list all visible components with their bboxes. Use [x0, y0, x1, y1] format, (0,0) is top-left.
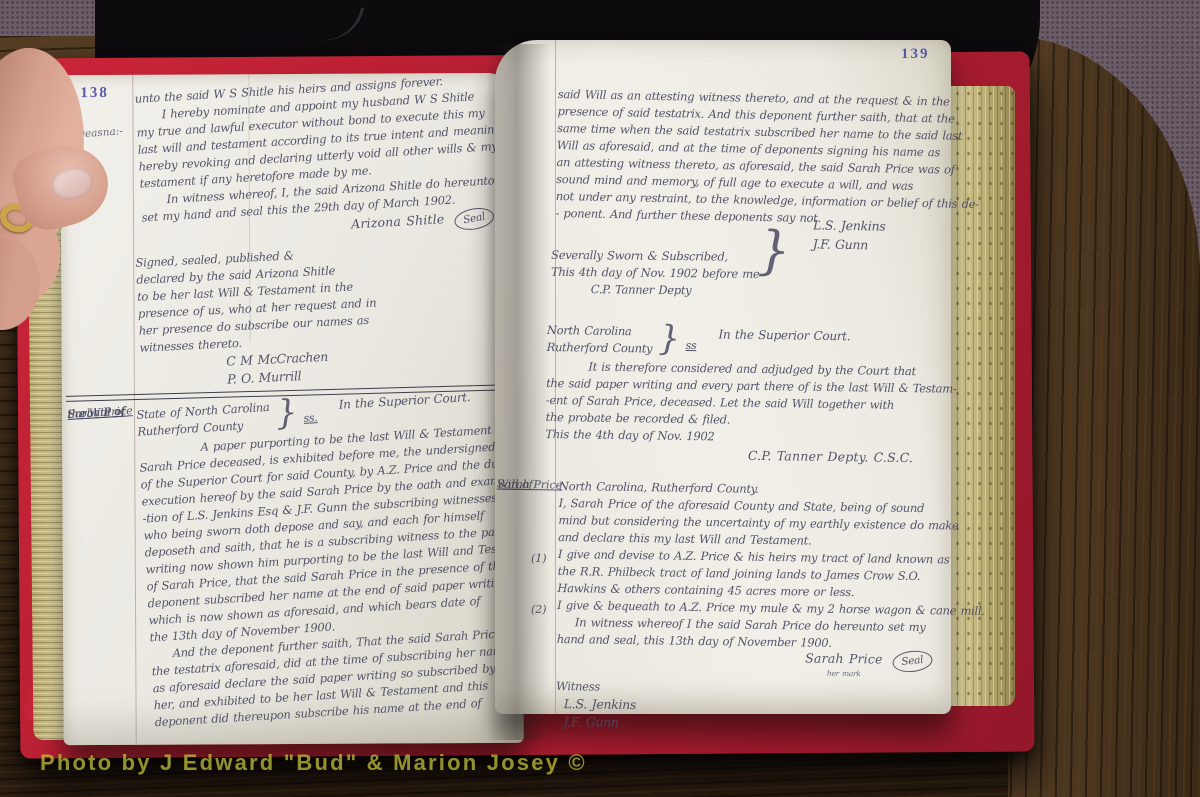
will-continuation-section: unto the said W S Shitle his heirs and a… — [134, 69, 528, 249]
margin-note-line: Sarah Price — [497, 477, 563, 492]
will-closing-lines: In witness whereof I the said Sarah Pric… — [557, 614, 941, 653]
court-caption: In the Superior Court. — [718, 326, 850, 360]
handwritten-line: This 4th day of Nov. 1902 before me — [551, 264, 791, 284]
clerk-signature: C.P. Tanner Depty. C.S.C. — [748, 447, 913, 466]
jurat-lines: Severally Sworn & Subscribed,This 4th da… — [551, 247, 792, 301]
jurat-brace: } — [757, 243, 790, 260]
attestation-section: Signed, sealed, published &declared by t… — [135, 241, 441, 393]
jurisdiction-lines: North Carolina Rutherford County — [547, 322, 653, 357]
will-witnesses: L.S. JenkinsJ.F. Gunn — [555, 695, 939, 736]
ledger-photograph: 138 Deasna:- unto the said W S Shitle hi… — [0, 0, 1200, 797]
attestation-lines: Signed, sealed, published &declared by t… — [135, 241, 439, 357]
margin-note-line: Sarah Price — [67, 404, 133, 422]
page-number-right: 139 — [901, 46, 930, 63]
ledger-page-right: 139 said Will as an attesting witness th… — [495, 40, 951, 714]
wood-table-right-edge — [1008, 36, 1200, 797]
state-caption: North Carolina — [547, 322, 653, 340]
her-mark-note: her mark — [805, 664, 883, 682]
will-margin-note: Will ofSarah Price — [497, 477, 557, 478]
will-continuation-lines: unto the said W S Shitle his heirs and a… — [134, 69, 527, 227]
jurisdiction-lines: State of North Carolina Rutherford Count… — [136, 399, 271, 441]
handwritten-line: C.P. Tanner Depty — [591, 281, 791, 300]
jurisdiction-caption: North Carolina Rutherford County } ss In… — [547, 322, 939, 361]
county-caption: Rutherford County — [547, 339, 653, 357]
order-lines: It is therefore considered and adjudged … — [545, 358, 938, 448]
photo-credit-watermark: Photo by J Edward "Bud" & Marion Josey © — [40, 750, 587, 776]
will-item-1-lines: I give and devise to A.Z. Price & his he… — [557, 546, 942, 602]
witness-signature: J.F. Gunn — [813, 234, 886, 254]
will-opening-lines: I, Sarah Price of the aforesaid County a… — [558, 495, 943, 551]
will-of-sarah-price-section: North Carolina, Rutherford County. I, Sa… — [555, 478, 942, 736]
seal-mark: Seal — [453, 205, 496, 233]
ss-abbreviation: ss. — [303, 409, 318, 431]
probate-margin-note: Probate ofthe Will ofSarah Price — [67, 404, 135, 408]
ss-abbreviation: ss — [686, 337, 697, 358]
testatrix-signature-row: Sarah Price her mark Seal — [556, 646, 932, 683]
testatrix-signature-stack: Sarah Price her mark — [805, 649, 883, 682]
probate-section: State of North Carolina Rutherford Count… — [136, 384, 543, 731]
deposition-lines: said Will as an attesting witness theret… — [555, 86, 944, 229]
caption-brace: } — [275, 395, 298, 432]
court-caption: In the Superior Court. — [338, 389, 471, 429]
will-item-number-2: (2) — [531, 603, 547, 616]
deposition-continued-section: said Will as an attesting witness theret… — [555, 86, 944, 229]
probate-lines: A paper purporting to be the last Will &… — [138, 420, 542, 732]
probate-order-section: North Carolina Rutherford County } ss In… — [545, 322, 939, 466]
caption-brace: } — [658, 322, 680, 358]
witness-signature: L.S. Jenkins — [813, 215, 886, 235]
jurat-section: Severally Sworn & Subscribed,This 4th da… — [551, 247, 792, 301]
will-item-number-1: (1) — [531, 552, 547, 565]
deponent-signatures: L.S. JenkinsJ.F. Gunn — [813, 215, 886, 254]
hand-holding-page — [0, 0, 140, 360]
